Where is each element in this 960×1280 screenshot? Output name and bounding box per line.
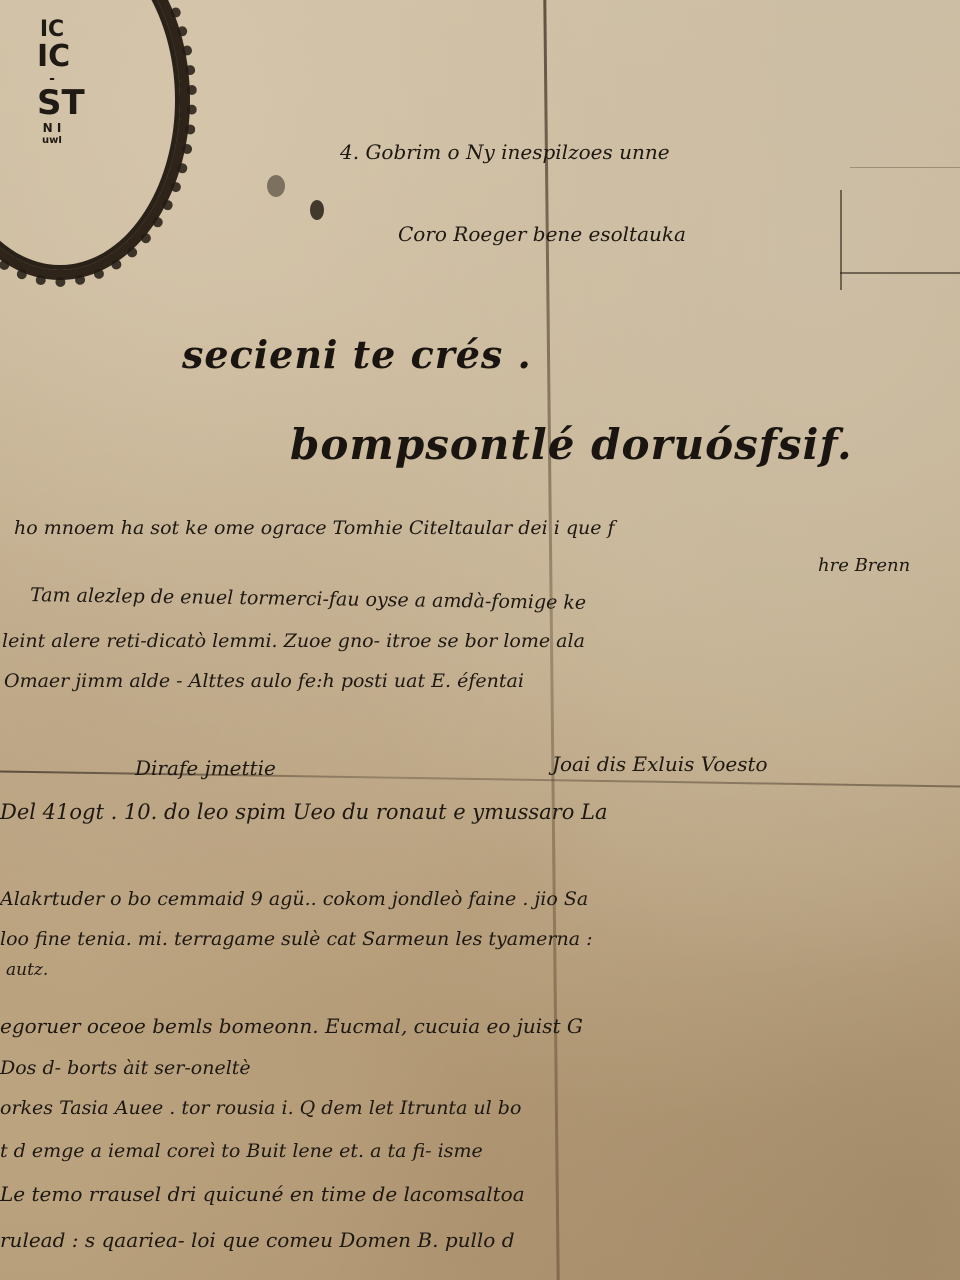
signature-left: Dirafe jmettie xyxy=(135,756,276,780)
seal-inscription: IC IC - ST N I uwI xyxy=(37,19,67,147)
header-note-line: Coro Roeger bene esoltauka xyxy=(398,222,686,246)
faded-frame-line xyxy=(840,190,842,290)
document-title-line-1: secieni te crés . xyxy=(182,332,532,377)
official-seal-stamp: IC IC - ST N I uwI xyxy=(0,0,180,270)
body-line: rulead : s qaariea- loi que comeu Domen … xyxy=(0,1228,515,1252)
faded-frame-line xyxy=(850,167,960,168)
body-line: Alakrtuder o bo cemmaid 9 agü.. cokom jo… xyxy=(0,888,588,910)
body-line: Tam alezlep de enuel tormerci-fau oyse a… xyxy=(30,584,586,614)
body-line: t d emge a iemal coreì to Buit lene et. … xyxy=(0,1140,483,1162)
body-line: Del 41ogt . 10. do leo spim Ueo du ronau… xyxy=(0,800,608,824)
manuscript-page: IC IC - ST N I uwI 4. Gobrim o Ny inespi… xyxy=(0,0,960,1280)
body-line: Dos d- borts àit ser-oneltè xyxy=(0,1057,251,1079)
body-line: loo fine tenia. mi. terragame sulè cat S… xyxy=(0,928,592,950)
ink-blot xyxy=(267,175,285,197)
body-line: ho mnoem ha sot ke ome ograce Tomhie Cit… xyxy=(14,517,615,539)
signature-right: Joai dis Exluis Voesto xyxy=(552,752,768,776)
body-line: autz. xyxy=(6,960,48,980)
document-title-line-2: bompsontlé doruósfsif. xyxy=(290,420,853,469)
header-note-line: 4. Gobrim o Ny inespilzoes unne xyxy=(340,140,670,164)
body-line: orkes Tasia Auee . tor rousia i. Q dem l… xyxy=(0,1097,521,1119)
ink-blot xyxy=(310,200,324,220)
faded-frame-line xyxy=(840,272,960,274)
body-line: Omaer jimm alde - Alttes aulo fe:h posti… xyxy=(4,670,524,692)
body-line: egoruer oceoe bemls bomeonn. Eucmal, cuc… xyxy=(0,1014,583,1038)
body-line: hre Brenn xyxy=(818,555,910,576)
body-line: leint alere reti-dicatò lemmi. Zuoe gno-… xyxy=(2,630,585,652)
body-line: Le temo rrausel dri quicuné en time de l… xyxy=(0,1182,525,1206)
